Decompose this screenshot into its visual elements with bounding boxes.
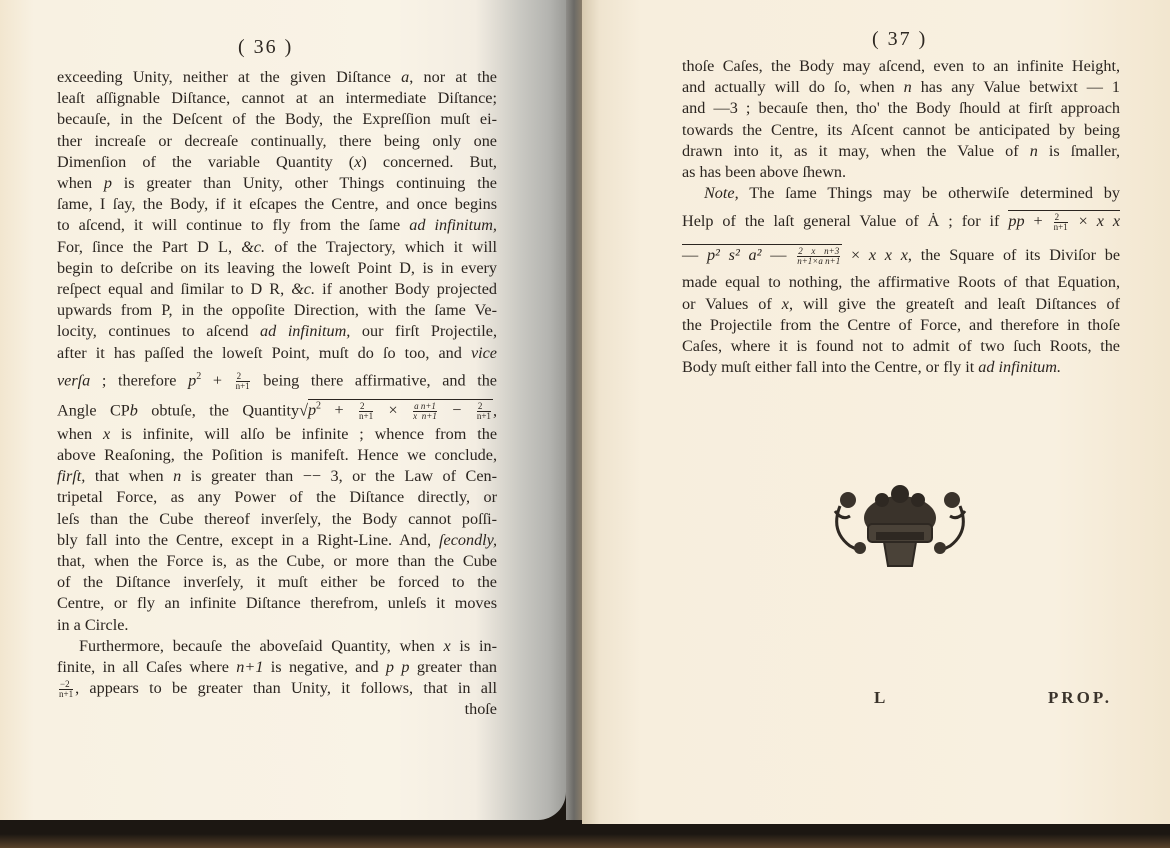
text-line: reſpect equal and ſimilar to D R, &c. if… (57, 279, 497, 300)
text-line-with-equation: Help of the laſt general Value of Ȧ ; fo… (682, 204, 1120, 238)
left-page-text: exceeding Unity, neither at the given Di… (57, 67, 497, 721)
text-line: firſt, that when n is greater than −− 3,… (57, 466, 497, 487)
catchword: thoſe (57, 699, 497, 720)
text-line: Dimenſion of the variable Quantity (x) c… (57, 152, 497, 173)
text-line-with-fraction: −2n+1, appears to be greater than Unity,… (57, 678, 497, 699)
text-line: of the Diſtance inverſely, it muſt eithe… (57, 572, 497, 593)
text-line: or Values of x, will give the greateſt a… (682, 294, 1120, 315)
text-line: Body muſt either fall into the Centre, o… (682, 357, 1120, 378)
text-line: that, when the Force is, as the Cube, or… (57, 551, 497, 572)
text-line: upwards from P, in the oppoſite Directio… (57, 300, 497, 321)
right-page-text: thoſe Caſes, the Body may aſcend, even t… (682, 56, 1120, 378)
text-line: Caſes, where it is found not to admit of… (682, 336, 1120, 357)
text-line: drawn into it, as it may, when the Value… (682, 141, 1120, 162)
text-line: locity, continues to aſcend ad infinitum… (57, 321, 497, 342)
right-page: ( 37 ) thoſe Caſes, the Body may aſcend,… (582, 0, 1170, 824)
text-line: in a Circle. (57, 615, 497, 636)
left-page: ( 36 ) exceeding Unity, neither at the g… (0, 0, 566, 820)
text-line: when x is infinite, will alſo be infinit… (57, 424, 497, 445)
text-line: the Projectile from the Centre of Force,… (682, 315, 1120, 336)
signature-mark: L (874, 688, 888, 708)
text-line-with-radical: Angle CPb obtuſe, the Quantity√p2 + 2n+1… (57, 390, 497, 424)
text-line: as has been above ſhewn. (682, 162, 1120, 183)
text-line: leaſt aſſignable Diſtance, cannot at an … (57, 88, 497, 109)
page-number-36: ( 36 ) (238, 36, 293, 59)
text-line: ſame, I ſay, the Body, if it eſcapes the… (57, 194, 497, 215)
text-line: Centre, or fly an infinite Diſtance ther… (57, 593, 497, 614)
catchword-prop: PROP. (1048, 688, 1112, 708)
text-line: Note, The ſame Things may be otherwiſe d… (682, 183, 1120, 204)
radicand: p2 + 2n+1 × a n+1x n+1 − 2n+1 (308, 399, 493, 419)
page-number-37: ( 37 ) (872, 28, 927, 51)
vinculum-expression: — p² s² a² — 2 x n+3n+1×a n+1 (682, 244, 842, 264)
text-line: to aſcend, it will continue to fly from … (57, 215, 497, 236)
flower-basket-ornament-icon (820, 476, 980, 576)
vinculum-expression: pp + 2n+1 × x x (1008, 210, 1120, 230)
text-line: exceeding Unity, neither at the given Di… (57, 67, 497, 88)
text-line: finite, in all Caſes where n+1 is negati… (57, 657, 497, 678)
text-line: begin to deſcribe on its leaving the low… (57, 258, 497, 279)
text-line: and —3 ; becauſe then, tho' the Body ſho… (682, 98, 1120, 119)
text-line: ther increaſe or decreaſe continually, t… (57, 131, 497, 152)
text-line: when p is greater than Unity, other Thin… (57, 173, 497, 194)
text-line: above Reaſoning, the Poſition is manifeſ… (57, 445, 497, 466)
text-line: bly fall into the Centre, except in a Ri… (57, 530, 497, 551)
text-line: For, ſince the Part D L, &c. of the Traj… (57, 237, 497, 258)
text-line: towards the Centre, its Aſcent cannot be… (682, 120, 1120, 141)
text-line-with-equation: — p² s² a² — 2 x n+3n+1×a n+1 × x x x, t… (682, 238, 1120, 272)
text-line: Furthermore, becauſe the aboveſaid Quant… (57, 636, 497, 657)
page-edge-shadow (0, 834, 1170, 848)
text-line-with-fraction: verſa ; therefore p2 + 2n+1 being there … (57, 364, 497, 390)
text-line: tripetal Force, as any Power of the Diſt… (57, 487, 497, 508)
text-line: after it has paſſed the loweſt Point, mu… (57, 343, 497, 364)
text-line: becauſe, in the Deſcent of the Body, the… (57, 109, 497, 130)
radical-sign: √ (299, 401, 308, 419)
book-gutter (566, 0, 582, 820)
text-line: made equal to nothing, the affirmative R… (682, 272, 1120, 293)
text-line: and actually will do ſo, when n has any … (682, 77, 1120, 98)
fraction: 2n+1 (236, 372, 250, 391)
text-line: leſs than the Cube thereof inverſely, th… (57, 509, 497, 530)
text-line: thoſe Caſes, the Body may aſcend, even t… (682, 56, 1120, 77)
